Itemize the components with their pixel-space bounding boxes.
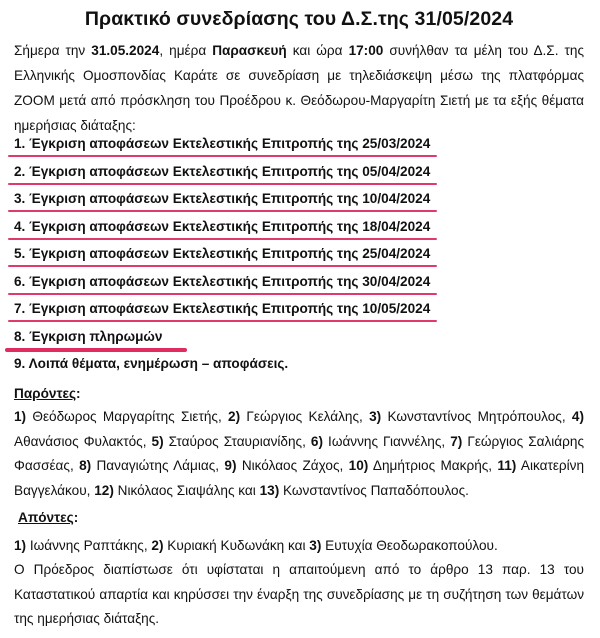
member-name: Ευτυχία Θεοδωρακοπούλου. bbox=[321, 538, 497, 553]
member-name: Γεώργιος Κελάλης, bbox=[240, 409, 369, 424]
meeting-time: 17:00 bbox=[349, 43, 384, 58]
agenda-item: 4. Έγκριση αποφάσεων Εκτελεστικής Επιτρο… bbox=[14, 217, 584, 245]
highlight-underline bbox=[8, 238, 437, 240]
member-number: 2) bbox=[228, 409, 240, 424]
agenda-text: Έγκριση αποφάσεων Εκτελεστικής Επιτροπής… bbox=[29, 274, 430, 289]
intro-text: Σήμερα την bbox=[14, 43, 91, 58]
absent-colon: : bbox=[74, 510, 79, 525]
absent-heading: Απόντες: bbox=[18, 510, 78, 525]
present-label: Παρόντες bbox=[14, 386, 76, 401]
agenda-text: Έγκριση αποφάσεων Εκτελεστικής Επιτροπής… bbox=[29, 164, 430, 179]
highlight-underline bbox=[8, 320, 437, 322]
intro-paragraph: Σήμερα την 31.05.2024, ημέρα Παρασκευή κ… bbox=[14, 38, 584, 138]
agenda-text: Έγκριση αποφάσεων Εκτελεστικής Επιτροπής… bbox=[29, 219, 430, 234]
member-number: 6) bbox=[311, 434, 323, 449]
member-name: Νικόλαος Σιαψάλης και bbox=[114, 483, 260, 498]
agenda-text: Έγκριση αποφάσεων Εκτελεστικής Επιτροπής… bbox=[29, 191, 430, 206]
agenda-item: 6. Έγκριση αποφάσεων Εκτελεστικής Επιτρο… bbox=[14, 272, 584, 300]
meeting-day: Παρασκευή bbox=[212, 43, 287, 58]
intro-text: , ημέρα bbox=[159, 43, 212, 58]
highlight-underline bbox=[8, 210, 437, 212]
agenda-number: 2. bbox=[14, 164, 29, 179]
member-name: Κωνσταντίνος Μητρόπουλος, bbox=[381, 409, 572, 424]
highlight-underline bbox=[8, 265, 437, 267]
member-name: Ιωάννης Ραπτάκης, bbox=[26, 538, 151, 553]
member-name: Θεόδωρος Μαργαρίτης Σιετής, bbox=[26, 409, 228, 424]
member-name: Παναγιώτης Λάμιας, bbox=[91, 458, 224, 473]
meeting-date: 31.05.2024 bbox=[91, 43, 159, 58]
member-number: 9) bbox=[224, 458, 236, 473]
agenda-number: 6. bbox=[14, 274, 29, 289]
present-heading: Παρόντες: bbox=[14, 386, 81, 401]
agenda-number: 3. bbox=[14, 191, 29, 206]
member-number: 13) bbox=[260, 483, 280, 498]
member-number: 2) bbox=[151, 538, 163, 553]
absent-label: Απόντες bbox=[18, 510, 74, 525]
agenda-item: 2. Έγκριση αποφάσεων Εκτελεστικής Επιτρο… bbox=[14, 162, 584, 190]
member-name: Νικόλαος Ζάχος, bbox=[237, 458, 349, 473]
agenda-item: 9. Λοιπά θέματα, ενημέρωση – αποφάσεις. bbox=[14, 354, 584, 382]
member-name: Κυριακή Κυδωνάκη και bbox=[164, 538, 310, 553]
member-number: 10) bbox=[349, 458, 369, 473]
agenda-item: 1. Έγκριση αποφάσεων Εκτελεστικής Επιτρο… bbox=[14, 134, 584, 162]
member-number: 5) bbox=[152, 434, 164, 449]
member-number: 4) bbox=[572, 409, 584, 424]
agenda-number: 8. bbox=[14, 329, 29, 344]
member-number: 1) bbox=[14, 538, 26, 553]
agenda-item: 3. Έγκριση αποφάσεων Εκτελεστικής Επιτρο… bbox=[14, 189, 584, 217]
member-number: 3) bbox=[369, 409, 381, 424]
member-name: Ιωάννης Γιαννέλης, bbox=[323, 434, 450, 449]
agenda-number: 1. bbox=[14, 136, 29, 151]
agenda-item: 5. Έγκριση αποφάσεων Εκτελεστικής Επιτρο… bbox=[14, 244, 584, 272]
agenda-number: 4. bbox=[14, 219, 29, 234]
member-name: Κωνσταντίνος Παπαδόπουλος. bbox=[279, 483, 469, 498]
member-number: 11) bbox=[497, 458, 516, 473]
member-name: Σταύρος Σταυριανίδης, bbox=[164, 434, 311, 449]
member-number: 7) bbox=[450, 434, 462, 449]
member-number: 3) bbox=[309, 538, 321, 553]
highlight-underline bbox=[8, 293, 437, 295]
present-colon: : bbox=[76, 386, 81, 401]
intro-text: και ώρα bbox=[287, 43, 349, 58]
absent-members: 1) Ιωάννης Ραπτάκης, 2) Κυριακή Κυδωνάκη… bbox=[14, 534, 584, 559]
agenda-item: 7. Έγκριση αποφάσεων Εκτελεστικής Επιτρο… bbox=[14, 299, 584, 327]
agenda-item: 8. Έγκριση πληρωμών bbox=[14, 327, 584, 355]
member-name: Δημήτριος Μακρής, bbox=[368, 458, 497, 473]
member-number: 8) bbox=[79, 458, 91, 473]
agenda-text: Έγκριση αποφάσεων Εκτελεστικής Επιτροπής… bbox=[29, 301, 430, 316]
present-members: 1) Θεόδωρος Μαργαρίτης Σιετής, 2) Γεώργι… bbox=[14, 405, 584, 503]
agenda-list: 1. Έγκριση αποφάσεων Εκτελεστικής Επιτρο… bbox=[14, 134, 584, 382]
highlight-underline bbox=[5, 348, 187, 352]
closing-paragraph: Ο Πρόεδρος διαπίστωσε ότι υφίσταται η απ… bbox=[14, 558, 584, 632]
agenda-text: Λοιπά θέματα, ενημέρωση – αποφάσεις. bbox=[29, 356, 289, 371]
agenda-number: 9. bbox=[14, 356, 29, 371]
highlight-underline bbox=[8, 155, 437, 157]
agenda-number: 7. bbox=[14, 301, 29, 316]
document-title: Πρακτικό συνεδρίασης του Δ.Σ.της 31/05/2… bbox=[14, 8, 584, 31]
highlight-underline bbox=[8, 183, 437, 185]
agenda-number: 5. bbox=[14, 246, 29, 261]
member-number: 1) bbox=[14, 409, 26, 424]
agenda-text: Έγκριση πληρωμών bbox=[29, 329, 162, 344]
member-name: Αθανάσιος Φυλακτός, bbox=[14, 434, 152, 449]
agenda-text: Έγκριση αποφάσεων Εκτελεστικής Επιτροπής… bbox=[29, 136, 430, 151]
agenda-text: Έγκριση αποφάσεων Εκτελεστικής Επιτροπής… bbox=[29, 246, 430, 261]
member-number: 12) bbox=[94, 483, 114, 498]
